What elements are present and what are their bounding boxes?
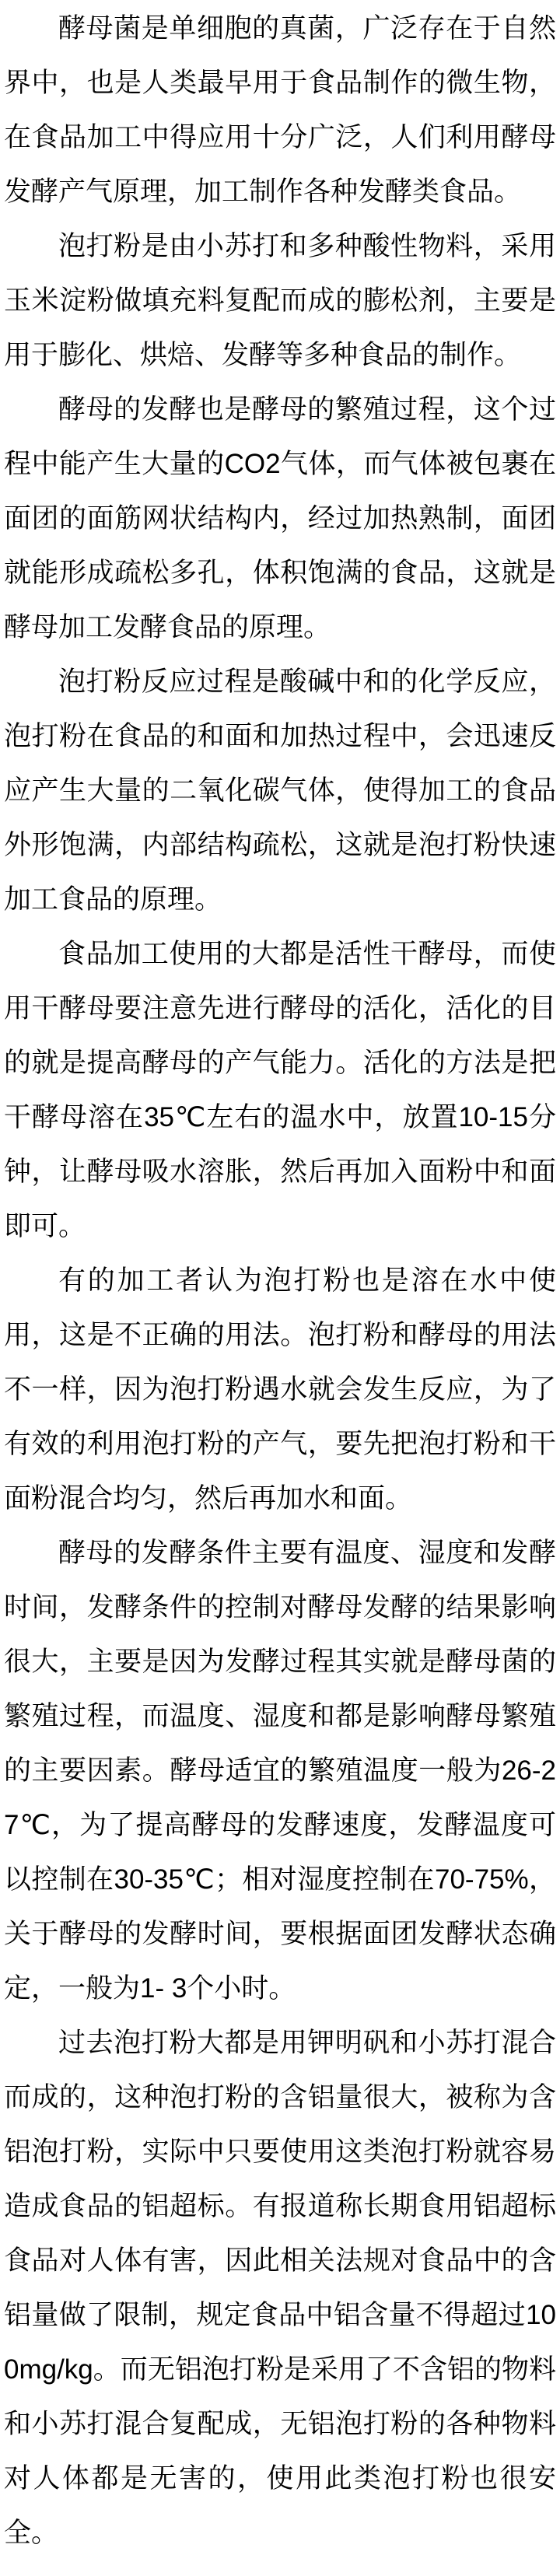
paragraph-dry-yeast-activation: 食品加工使用的大都是活性干酵母，而使用干酵母要注意先进行酵母的活化，活化的目的就…: [4, 927, 556, 1254]
paragraph-aluminum-baking-powder: 过去泡打粉大都是用钾明矾和小苏打混合而成的，这种泡打粉的含铝量很大，被称为含铝泡…: [4, 2016, 556, 2560]
paragraph-yeast-fermentation-principle: 酵母的发酵也是酵母的繁殖过程，这个过程中能产生大量的CO2气体，而气体被包裹在面…: [4, 383, 556, 655]
paragraph-yeast-intro: 酵母菌是单细胞的真菌，广泛存在于自然界中，也是人类最早用于食品制作的微生物，在食…: [4, 2, 556, 219]
article-body: 酵母菌是单细胞的真菌，广泛存在于自然界中，也是人类最早用于食品制作的微生物，在食…: [0, 0, 560, 2576]
paragraph-baking-powder-usage: 有的加工者认为泡打粉也是溶在水中使用，这是不正确的用法。泡打粉和酵母的用法不一样…: [4, 1254, 556, 1526]
paragraph-baking-powder-intro: 泡打粉是由小苏打和多种酸性物料，采用玉米淀粉做填充料复配而成的膨松剂，主要是用于…: [4, 219, 556, 383]
paragraph-fermentation-conditions: 酵母的发酵条件主要有温度、湿度和发酵时间，发酵条件的控制对酵母发酵的结果影响很大…: [4, 1526, 556, 2016]
paragraph-baking-powder-reaction-principle: 泡打粉反应过程是酸碱中和的化学反应，泡打粉在食品的和面和加热过程中，会迅速反应产…: [4, 655, 556, 927]
